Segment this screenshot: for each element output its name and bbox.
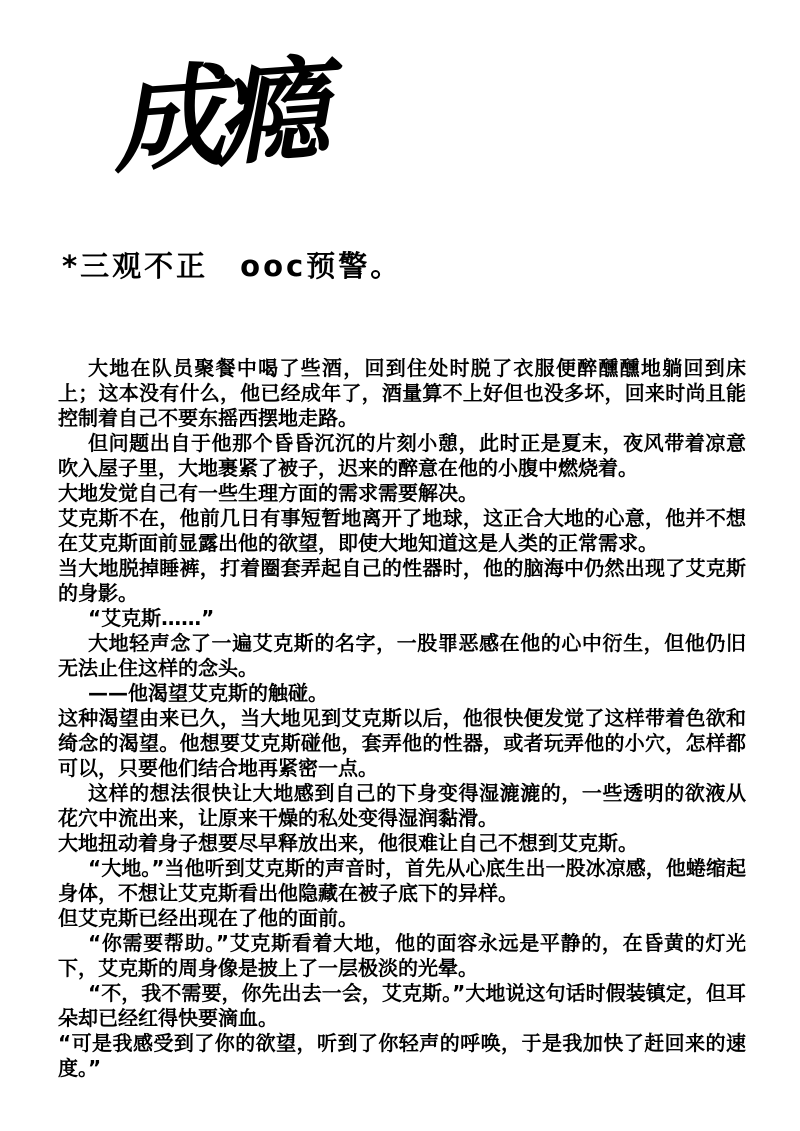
- story-paragraph: 大地发觉自己有一些生理方面的需求需要解决。: [58, 481, 746, 506]
- story-paragraph: 但艾克斯已经出现在了他的面前。: [58, 906, 746, 931]
- story-paragraph: 这种渴望由来已久，当大地见到艾克斯以后，他很快便发觉了这样带着色欲和绮念的渴望。…: [58, 706, 746, 781]
- story-paragraph: 艾克斯不在，他前几日有事短暂地离开了地球，这正合大地的心意，他并不想在艾克斯面前…: [58, 506, 746, 556]
- story-paragraph: “你需要帮助。”艾克斯看着大地，他的面容永远是平静的，在昏黄的灯光下，艾克斯的周…: [58, 931, 746, 981]
- story-paragraph: 当大地脱掉睡裤，打着圈套弄起自己的性器时，他的脑海中仍然出现了艾克斯的身影。: [58, 556, 746, 606]
- story-paragraph: ——他渴望艾克斯的触碰。: [58, 681, 746, 706]
- story-paragraph: 大地在队员聚餐中喝了些酒，回到住处时脱了衣服便醉醺醺地躺回到床上；这本没有什么，…: [58, 356, 746, 431]
- story-paragraph: 但问题出自于他那个昏昏沉沉的片刻小憩，此时正是夏末，夜风带着凉意吹入屋子里，大地…: [58, 431, 746, 481]
- story-paragraph: “大地。”当他听到艾克斯的声音时，首先从心底生出一股冰凉感，他蜷缩起身体，不想让…: [58, 856, 746, 906]
- story-paragraph: 大地扭动着身子想要尽早释放出来，他很难让自己不想到艾克斯。: [58, 831, 746, 856]
- story-paragraph: “可是我感受到了你的欲望，听到了你轻声的呼唤，于是我加快了赶回来的速度。”: [58, 1031, 746, 1081]
- story-paragraph: 这样的想法很快让大地感到自己的下身变得湿漉漉的，一些透明的欲液从花穴中流出来，让…: [58, 781, 746, 831]
- story-paragraph: “艾克斯……”: [58, 606, 746, 631]
- warning-line: *三观不正 ooc预警。: [62, 244, 402, 285]
- story-paragraph: 大地轻声念了一遍艾克斯的名字，一股罪恶感在他的心中衍生，但他仍旧无法止住这样的念…: [58, 631, 746, 681]
- story-paragraph: “不，我不需要，你先出去一会，艾克斯。”大地说这句话时假装镇定，但耳朵却已经红得…: [58, 981, 746, 1031]
- story-body: 大地在队员聚餐中喝了些酒，回到住处时脱了衣服便醉醺醺地躺回到床上；这本没有什么，…: [58, 356, 746, 1081]
- title-calligraphy: 成瘾: [108, 43, 325, 192]
- document-page: 成瘾 *三观不正 ooc预警。 大地在队员聚餐中喝了些酒，回到住处时脱了衣服便醉…: [0, 0, 800, 1131]
